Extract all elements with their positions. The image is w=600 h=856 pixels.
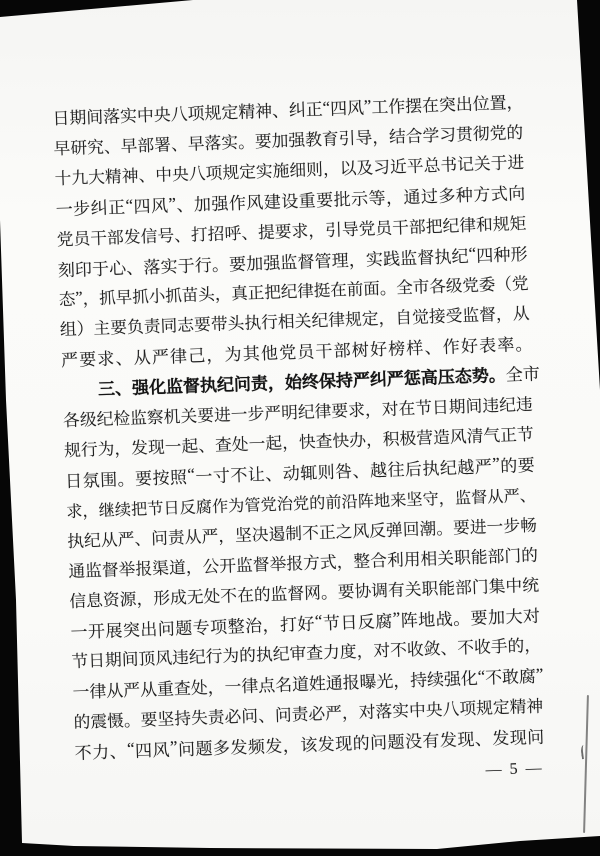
- page-number: — 5 —: [485, 760, 544, 780]
- document-body: 日期间落实中央八项规定精神、纠正“四风”工作摆在突出位置，早研究、早部署、早落实…: [52, 86, 546, 798]
- text-lines-container: 日期间落实中央八项规定精神、纠正“四风”工作摆在突出位置，早研究、早部署、早落实…: [52, 86, 545, 766]
